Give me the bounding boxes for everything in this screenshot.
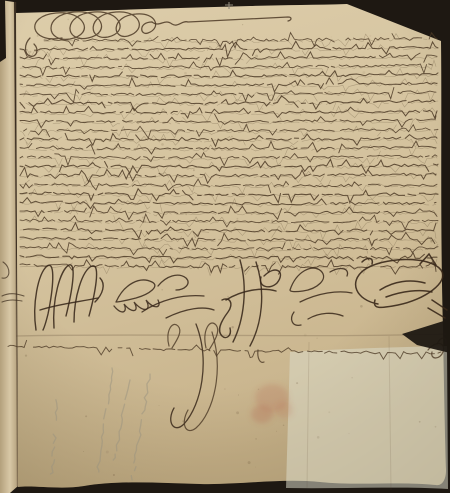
speckle [231, 326, 233, 328]
speckle [142, 216, 144, 218]
speckle [106, 451, 109, 454]
speckle [369, 35, 371, 37]
speckle [357, 108, 359, 110]
speckle [304, 334, 307, 337]
speckle [283, 425, 285, 427]
speckle [152, 69, 154, 71]
manuscript-photo [0, 0, 450, 493]
underlying-light-sheet [286, 346, 448, 489]
speckle [349, 433, 350, 434]
seal-stain-blob-3 [275, 402, 293, 418]
speckle [37, 35, 39, 37]
speckle [238, 394, 239, 395]
speckle [351, 377, 352, 378]
speckle [158, 405, 159, 406]
speckle [25, 355, 27, 357]
speckle [307, 296, 308, 297]
speckle [161, 143, 164, 146]
speckle [261, 108, 263, 110]
speckle [200, 246, 201, 247]
speckle [291, 215, 292, 216]
speckle [236, 218, 238, 220]
speckle [362, 71, 365, 74]
speckle [419, 421, 421, 423]
speckle [317, 436, 320, 439]
adjacent-page-edge-strip [0, 0, 18, 493]
page-edge-dark-corner [0, 0, 6, 62]
speckle [119, 163, 120, 164]
speckle [236, 411, 239, 414]
speckle [113, 474, 115, 476]
document-photo [0, 0, 450, 493]
speckle [255, 55, 258, 58]
speckle [29, 51, 31, 53]
speckle [300, 114, 301, 115]
speckle [399, 108, 401, 110]
speckle [276, 431, 277, 432]
speckle [316, 337, 317, 338]
speckle [85, 415, 87, 417]
speckle [227, 296, 229, 298]
speckle [67, 19, 69, 21]
speckle [331, 37, 332, 38]
speckle [89, 316, 91, 318]
speckle [255, 467, 256, 468]
speckle [255, 438, 257, 440]
speckle [231, 136, 233, 138]
speckle [224, 388, 226, 390]
speckle [161, 289, 163, 291]
speckle [184, 72, 187, 75]
speckle [193, 169, 195, 171]
speckle [123, 312, 124, 313]
speckle [435, 426, 437, 428]
speckle [296, 382, 298, 384]
seal-stain-blob-2 [251, 405, 273, 423]
speckle [332, 154, 333, 155]
speckle [328, 411, 330, 413]
speckle [182, 420, 184, 422]
speckle [360, 305, 363, 308]
speckle [248, 461, 251, 464]
speckle [83, 451, 84, 452]
speckle [242, 24, 243, 25]
speckle [410, 141, 412, 143]
